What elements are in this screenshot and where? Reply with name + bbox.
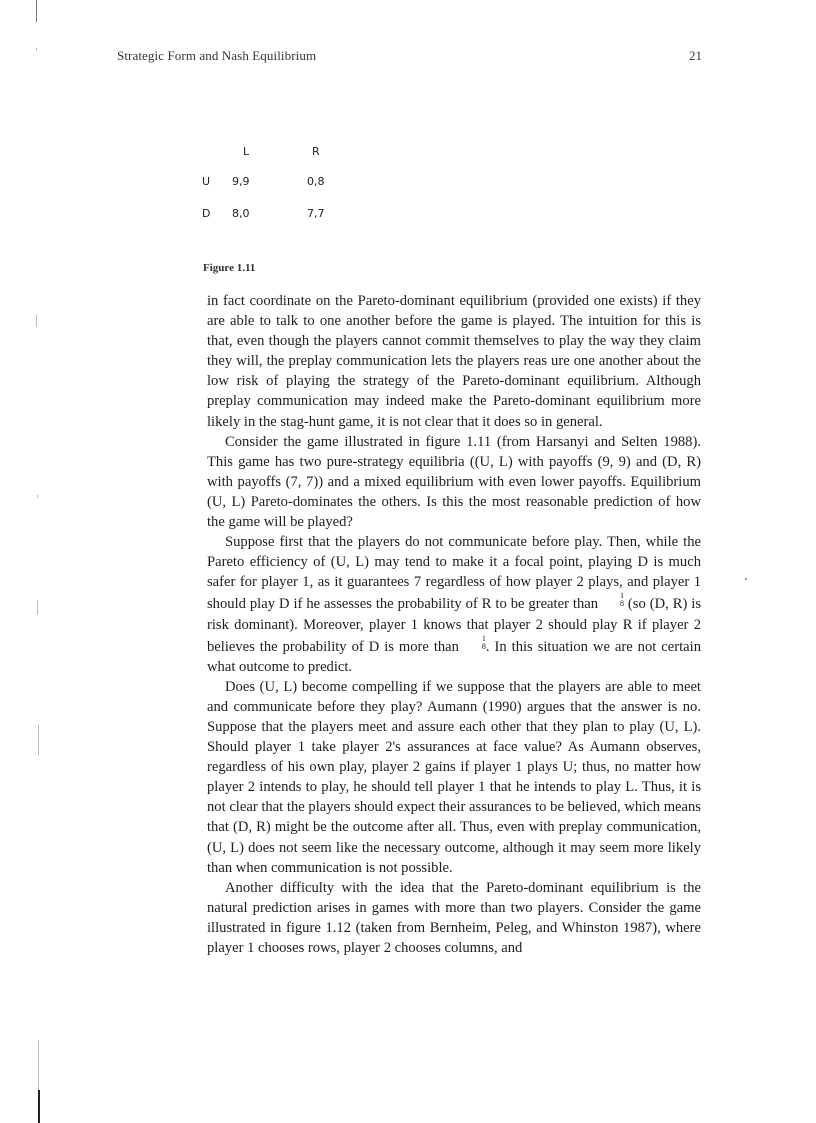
fraction-one-eighth: 18 xyxy=(464,635,486,651)
paragraph-2: Consider the game illustrated in figure … xyxy=(207,432,701,532)
figure-1-11: L R U 9,9 0,8 D 8,0 7,7 Figure 1.11 xyxy=(195,140,395,280)
fraction-one-eighth: 18 xyxy=(602,592,624,608)
running-head: Strategic Form and Nash Equilibrium xyxy=(117,48,316,64)
payoff-cell-dr: 7,7 xyxy=(307,207,325,220)
paragraph-4: Does (U, L) become compelling if we supp… xyxy=(207,677,701,878)
row-header-d: D xyxy=(202,207,210,220)
column-header-l: L xyxy=(243,145,249,158)
scan-margin-marks xyxy=(0,0,60,1123)
page-number: 21 xyxy=(689,48,702,64)
payoff-cell-dl: 8,0 xyxy=(232,207,250,220)
payoff-cell-ul: 9,9 xyxy=(232,175,250,188)
paragraph-3: Suppose first that the players do not co… xyxy=(207,532,701,677)
row-header-u: U xyxy=(202,175,210,188)
paragraph-1: in fact coordinate on the Pareto-dominan… xyxy=(207,291,701,432)
body-text: in fact coordinate on the Pareto-dominan… xyxy=(207,291,701,958)
paragraph-5: Another difficulty with the idea that th… xyxy=(207,878,701,958)
payoff-cell-ur: 0,8 xyxy=(307,175,325,188)
page-header: Strategic Form and Nash Equilibrium 21 xyxy=(117,48,702,68)
figure-caption: Figure 1.11 xyxy=(203,262,255,274)
column-header-r: R xyxy=(312,145,320,158)
scan-speck xyxy=(745,578,747,580)
